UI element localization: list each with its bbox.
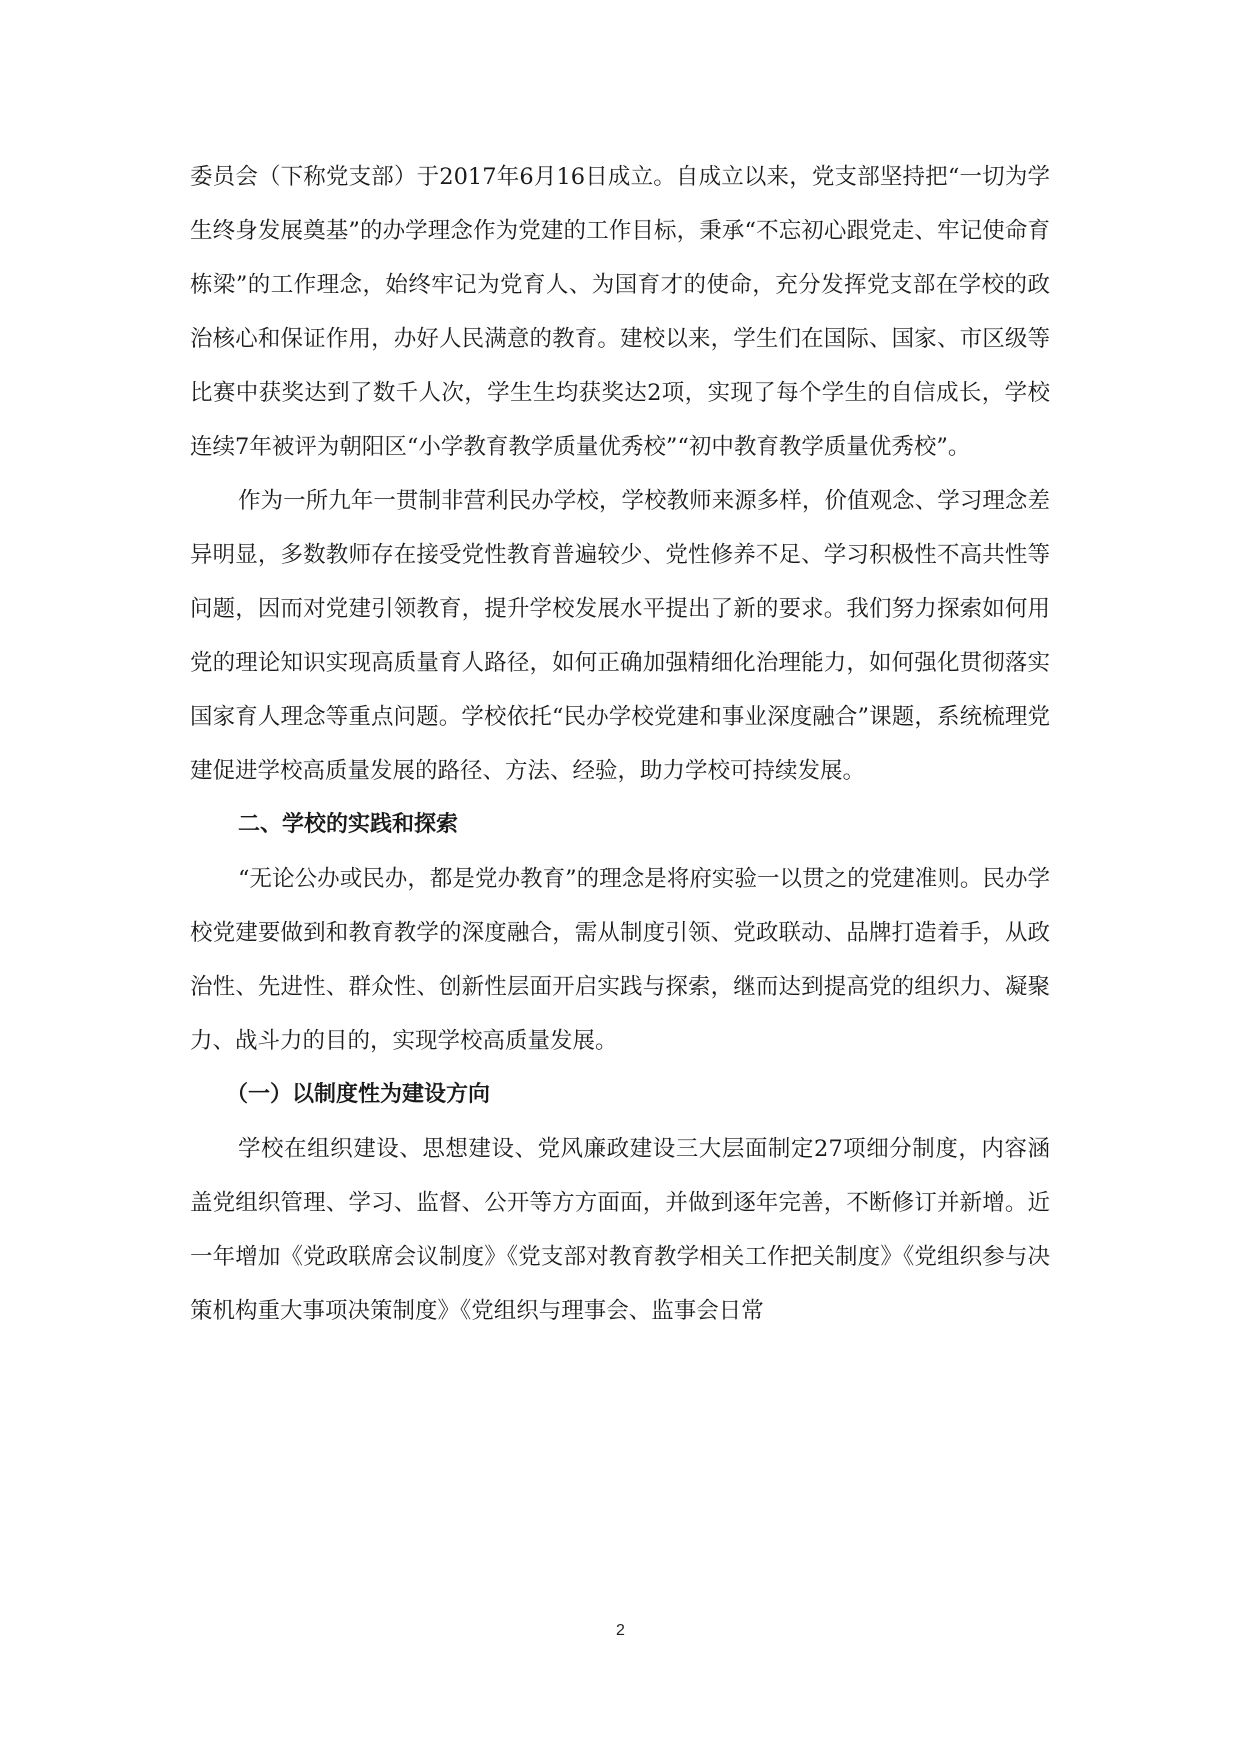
paragraph-teacher-challenges: 作为一所九年一贯制非营利民办学校，学校教师来源多样，价值观念、学习理念差异明显，… — [190, 474, 1050, 798]
document-page: 委员会（下称党支部）于2017年6月16日成立。自成立以来，党支部坚持把“一切为… — [0, 0, 1241, 1754]
paragraph-party-branch-intro: 委员会（下称党支部）于2017年6月16日成立。自成立以来，党支部坚持把“一切为… — [190, 150, 1050, 474]
document-body: 委员会（下称党支部）于2017年6月16日成立。自成立以来，党支部坚持把“一切为… — [190, 150, 1050, 1338]
paragraph-party-education-principle: “无论公办或民办，都是党办教育”的理念是将府实验一以贯之的党建准则。民办学校党建… — [190, 852, 1050, 1068]
paragraph-regulations: 学校在组织建设、思想建设、党风廉政建设三大层面制定27项细分制度，内容涵盖党组织… — [190, 1122, 1050, 1338]
section-heading-practice: 二、学校的实践和探索 — [190, 798, 1050, 852]
page-number: 2 — [0, 1622, 1241, 1640]
subsection-heading-institutional: （一）以制度性为建设方向 — [190, 1068, 1050, 1122]
